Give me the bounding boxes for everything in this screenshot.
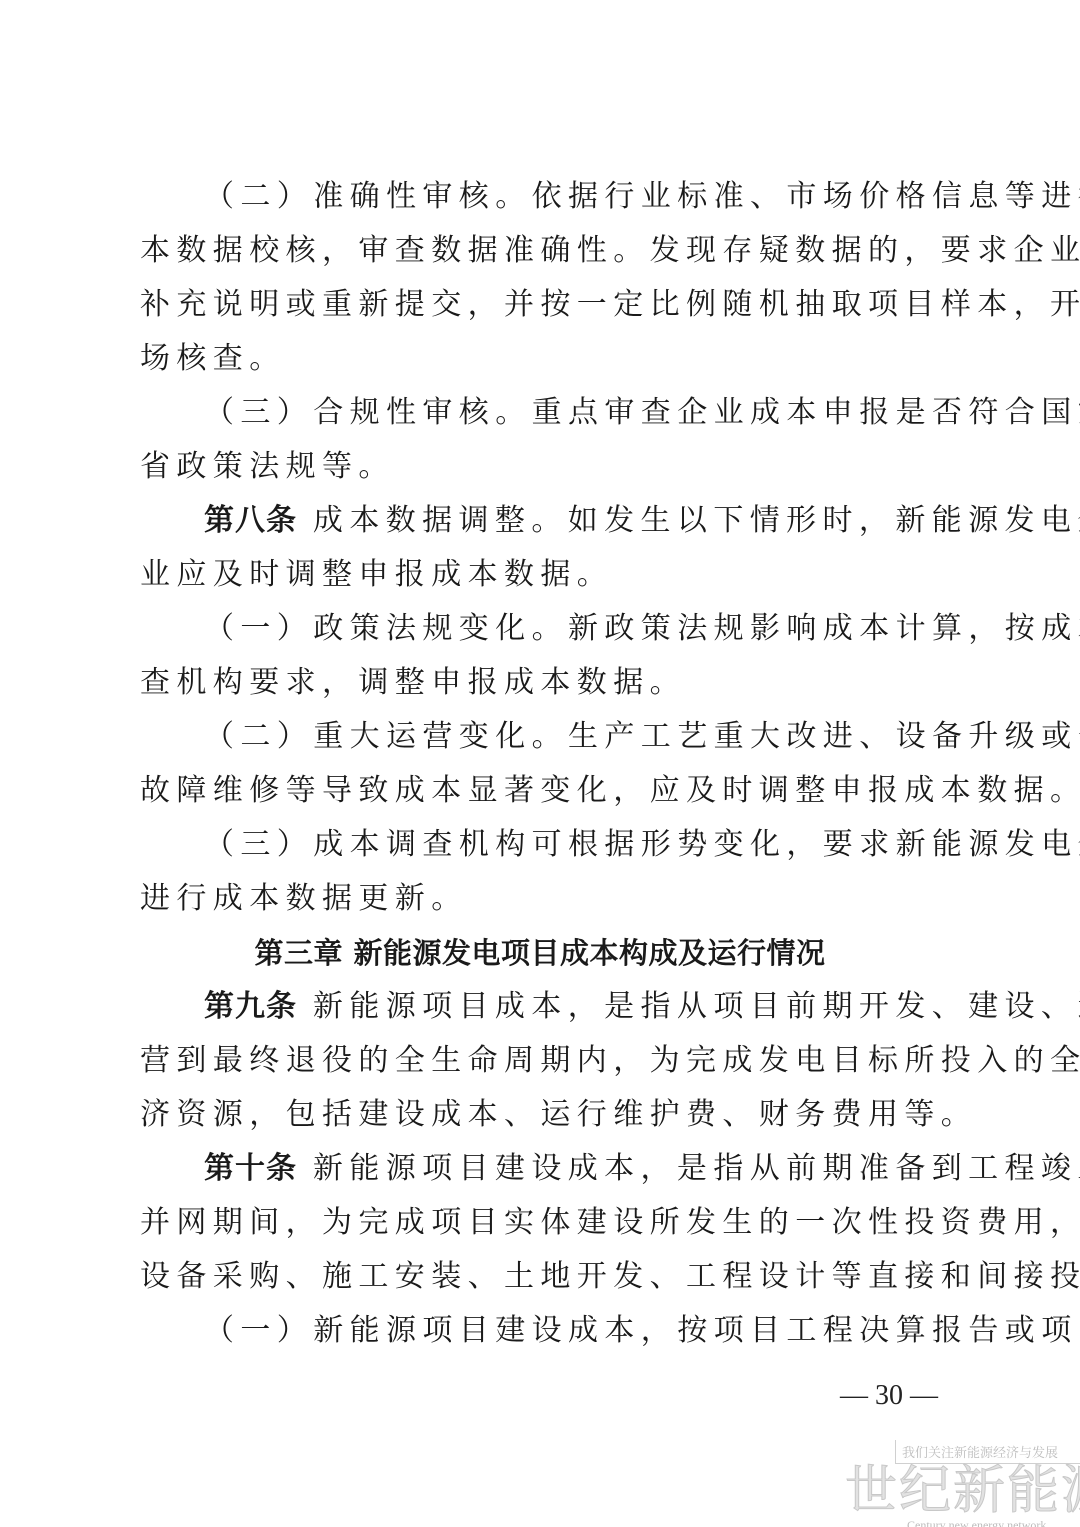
document-page: （二）准确性审核。依据行业标准、市场价格信息等进行成 本数据校核，审查数据准确性… — [140, 170, 940, 1358]
article-label: 第十条 — [204, 1151, 297, 1186]
item-number: （一） — [204, 611, 313, 646]
watermark-logo-text: 世纪新能源网 — [845, 1464, 1080, 1518]
line-text: 成本数据调整。如发生以下情形时，新能源发电企 — [297, 503, 1080, 538]
paragraph-line: （二）重大运营变化。生产工艺重大改进、设备升级或长期 — [140, 710, 940, 764]
paragraph-line: 查机构要求，调整申报成本数据。 — [140, 656, 940, 710]
paragraph-line: （二）准确性审核。依据行业标准、市场价格信息等进行成 — [140, 170, 940, 224]
line-text: 设备采购、施工安装、土地开发、工程设计等直接和间接投入。 — [140, 1259, 1080, 1294]
line-text: 并网期间，为完成项目实体建设所发生的一次性投资费用，涵盖 — [140, 1205, 1080, 1240]
line-text: 济资源，包括建设成本、运行维护费、财务费用等。 — [140, 1097, 977, 1132]
paragraph-line: （三）合规性审核。重点审查企业成本申报是否符合国家和 — [140, 386, 940, 440]
item-number: （二） — [204, 179, 313, 214]
article-label: 第九条 — [204, 989, 297, 1024]
paragraph-line: 设备采购、施工安装、土地开发、工程设计等直接和间接投入。 — [140, 1250, 940, 1304]
paragraph-line: 省政策法规等。 — [140, 440, 940, 494]
line-text: 重大运营变化。生产工艺重大改进、设备升级或长期 — [313, 719, 1080, 754]
line-text: 成本调查机构可根据形势变化，要求新能源发电企业 — [313, 827, 1080, 862]
line-text: 营到最终退役的全生命周期内，为完成发电目标所投入的全部经 — [140, 1043, 1080, 1078]
paragraph-line: 场核查。 — [140, 332, 940, 386]
chapter-heading: 第三章 新能源发电项目成本构成及运行情况 — [140, 926, 940, 980]
article-line: 第十条 新能源项目建设成本，是指从前期准备到工程竣工 — [140, 1142, 940, 1196]
paragraph-line: （一）新能源项目建设成本，按项目工程决算报告或项目可 — [140, 1304, 940, 1358]
line-text: 业应及时调整申报成本数据。 — [140, 557, 613, 592]
line-text: 进行成本数据更新。 — [140, 881, 468, 916]
paragraph-line: （三）成本调查机构可根据形势变化，要求新能源发电企业 — [140, 818, 940, 872]
line-text: 场核查。 — [140, 341, 286, 376]
item-heading: 合规性审核 — [313, 395, 495, 430]
article-line: 第八条 成本数据调整。如发生以下情形时，新能源发电企 — [140, 494, 940, 548]
line-text: 政策法规变化。新政策法规影响成本计算，按成本调 — [313, 611, 1080, 646]
paragraph-line: 济资源，包括建设成本、运行维护费、财务费用等。 — [140, 1088, 940, 1142]
paragraph-line: 故障维修等导致成本显著变化，应及时调整申报成本数据。 — [140, 764, 940, 818]
line-text: 查机构要求，调整申报成本数据。 — [140, 665, 686, 700]
line-text: 新能源项目成本，是指从项目前期开发、建设、运 — [297, 989, 1080, 1024]
line-text: 补充说明或重新提交，并按一定比例随机抽取项目样本，开展现 — [140, 287, 1080, 322]
line-text: 新能源项目建设成本，是指从前期准备到工程竣工 — [297, 1151, 1080, 1186]
line-text: 省政策法规等。 — [140, 449, 395, 484]
paragraph-line: 并网期间，为完成项目实体建设所发生的一次性投资费用，涵盖 — [140, 1196, 940, 1250]
article-line: 第九条 新能源项目成本，是指从项目前期开发、建设、运 — [140, 980, 940, 1034]
line-text: 本数据校核，审查数据准确性。发现存疑数据的，要求企业尽快 — [140, 233, 1080, 268]
watermark: 我们关注新能源经济与发展 世纪新能源网 Century new energy n… — [845, 1440, 1080, 1527]
line-text: 故障维修等导致成本显著变化，应及时调整申报成本数据。 — [140, 773, 1080, 808]
item-number: （三） — [204, 827, 313, 862]
line-text: 。依据行业标准、市场价格信息等进行成 — [495, 179, 1080, 214]
page-number: — 30 — — [840, 1380, 938, 1412]
paragraph-line: 进行成本数据更新。 — [140, 872, 940, 926]
item-number: （一） — [204, 1313, 313, 1348]
item-heading: 准确性审核 — [313, 179, 495, 214]
item-number: （三） — [204, 395, 313, 430]
paragraph-line: 补充说明或重新提交，并按一定比例随机抽取项目样本，开展现 — [140, 278, 940, 332]
paragraph-line: 营到最终退役的全生命周期内，为完成发电目标所投入的全部经 — [140, 1034, 940, 1088]
item-number: （二） — [204, 719, 313, 754]
line-text: 新能源项目建设成本，按项目工程决算报告或项目可 — [313, 1313, 1080, 1348]
paragraph-line: 本数据校核，审查数据准确性。发现存疑数据的，要求企业尽快 — [140, 224, 940, 278]
article-label: 第八条 — [204, 503, 297, 538]
paragraph-line: 业应及时调整申报成本数据。 — [140, 548, 940, 602]
paragraph-line: （一）政策法规变化。新政策法规影响成本计算，按成本调 — [140, 602, 940, 656]
line-text: 。重点审查企业成本申报是否符合国家和 — [495, 395, 1080, 430]
